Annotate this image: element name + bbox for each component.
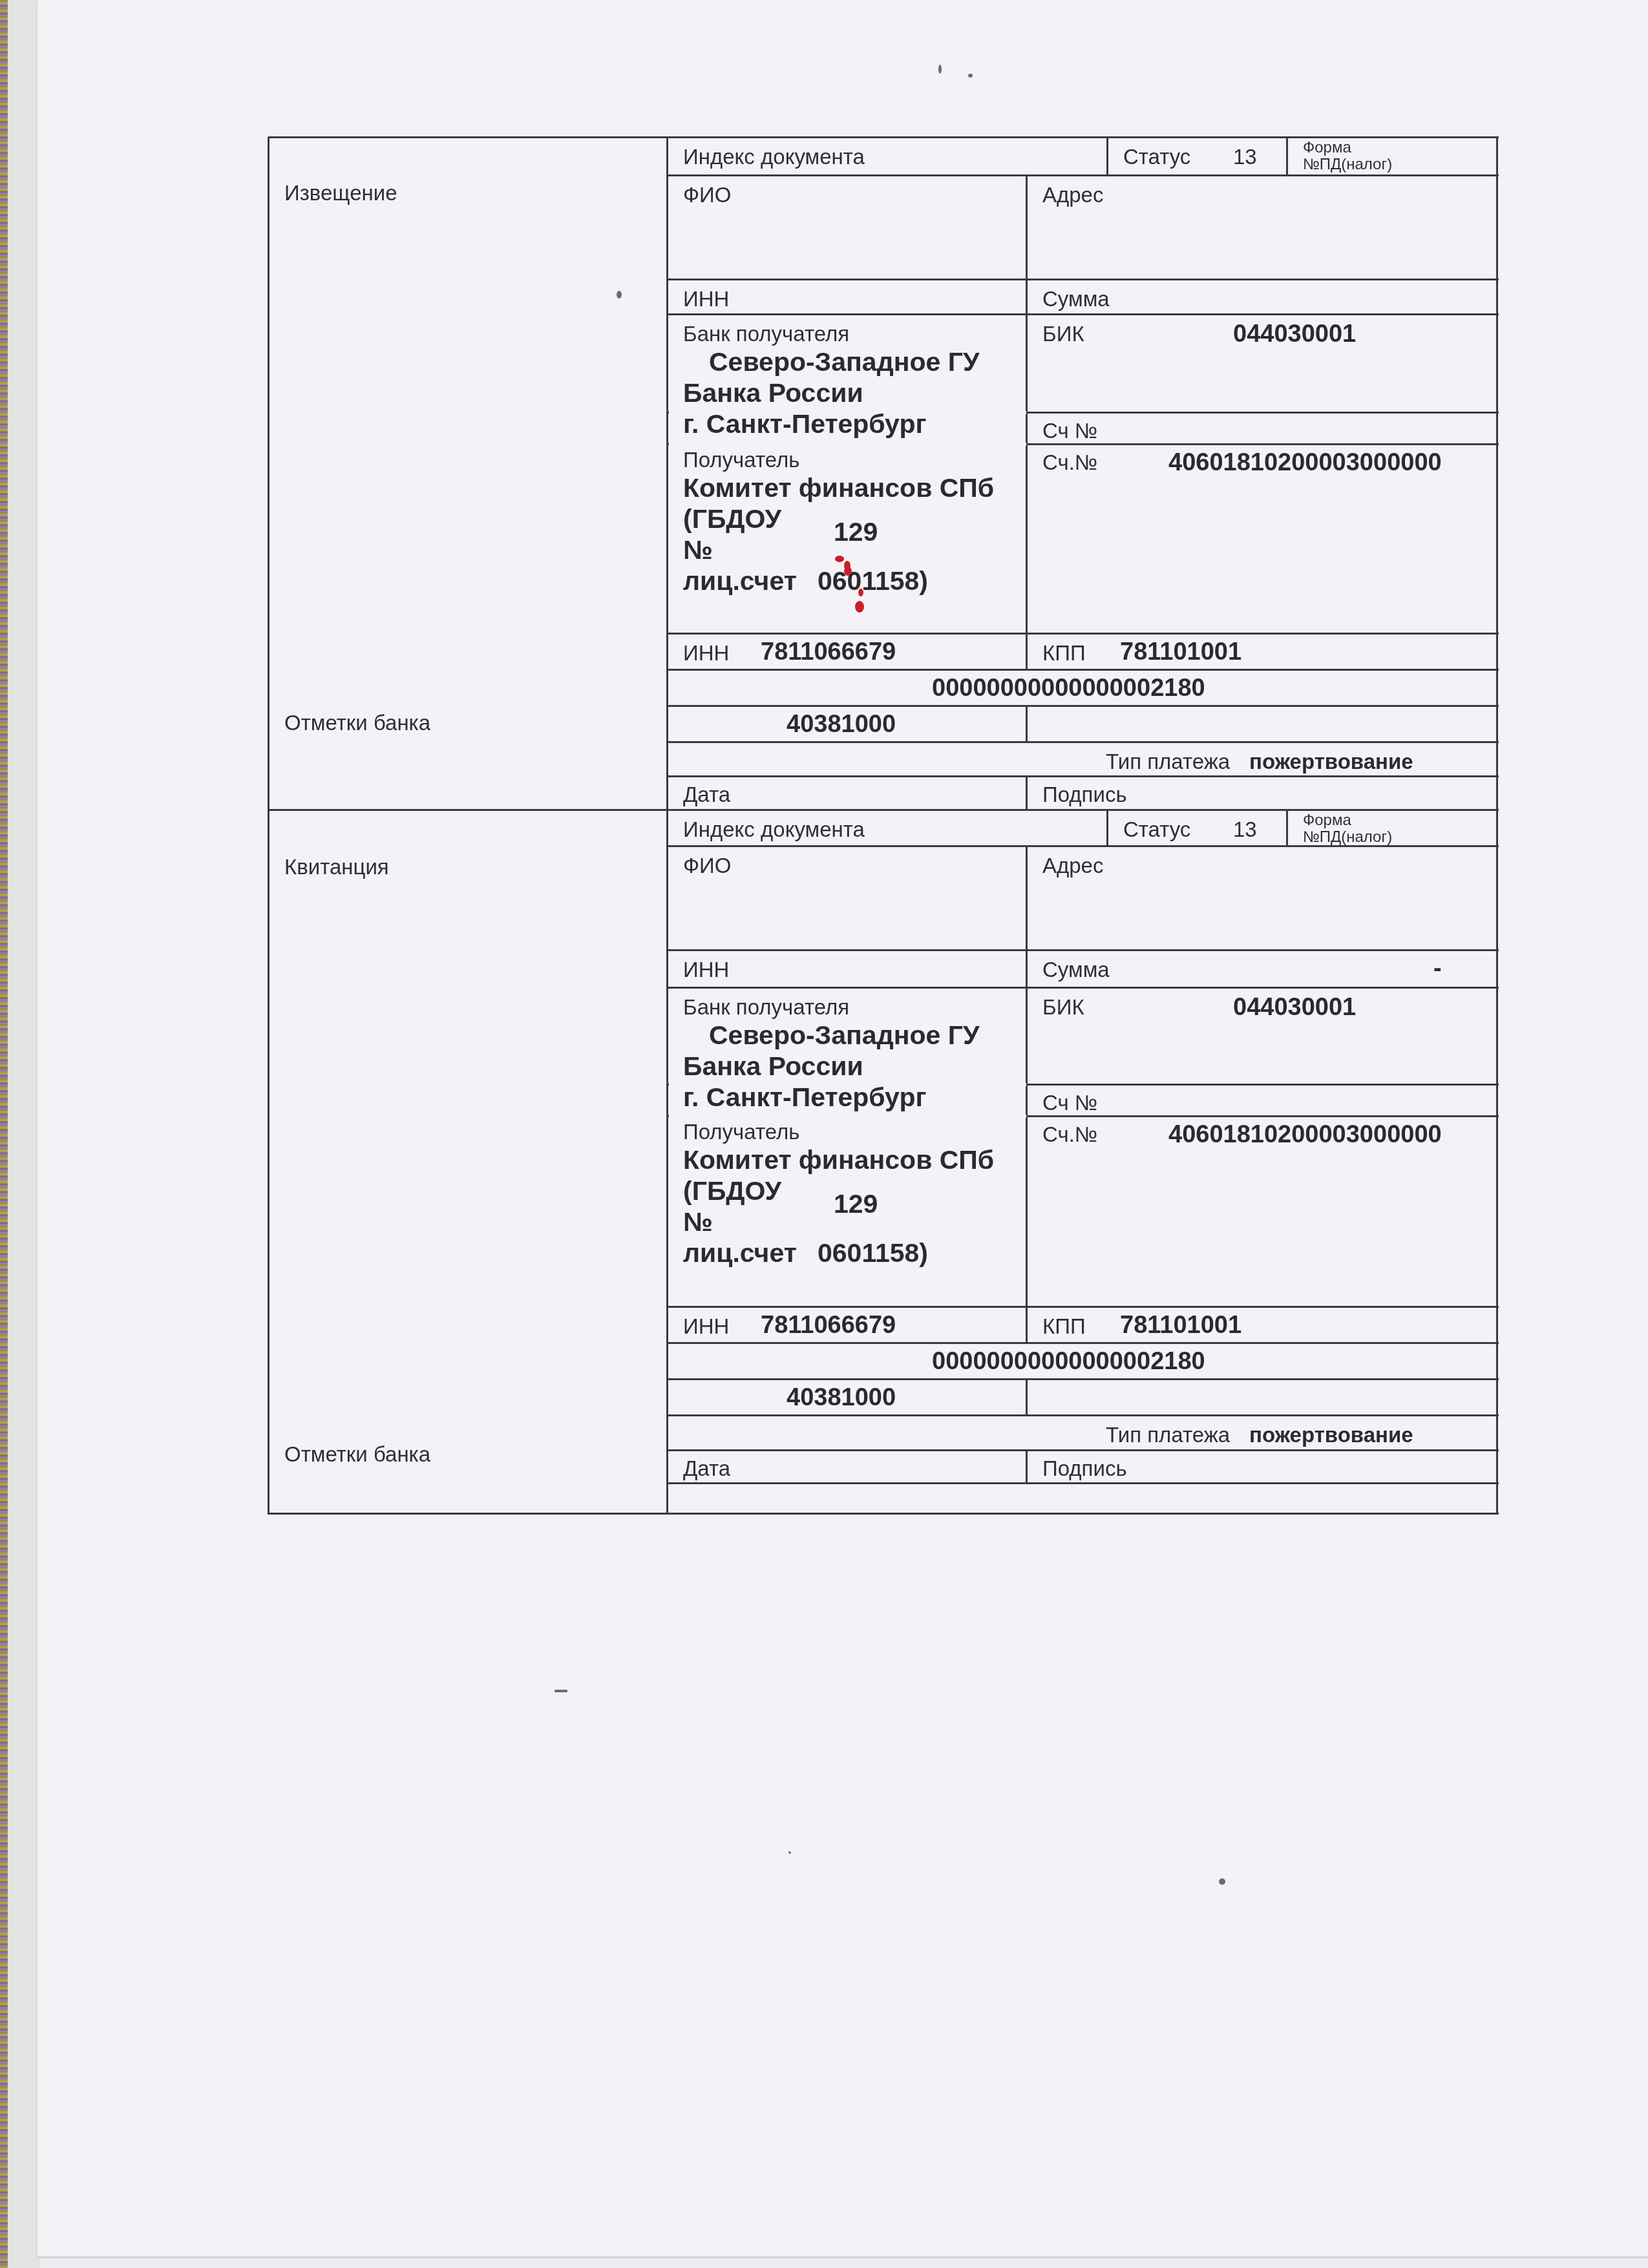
status-label: Статус	[1123, 819, 1190, 840]
speck	[788, 1851, 791, 1854]
grid-line-h	[667, 278, 1499, 280]
okato-value: 40381000	[787, 1385, 896, 1410]
status-value: 13	[1233, 146, 1257, 167]
address-label: Адрес	[1042, 184, 1103, 205]
bank-marks-label: Отметки банка	[284, 1444, 430, 1465]
recipient-line3: №	[683, 534, 713, 565]
form-label-line1: Форма	[1303, 812, 1351, 828]
row-mask	[669, 443, 1026, 446]
sum-value: -	[1433, 956, 1442, 981]
speck	[938, 65, 942, 74]
recipient-label: Получатель	[683, 449, 799, 470]
bank-name-line2: Банка России	[683, 377, 863, 408]
grid-line-v	[1026, 776, 1028, 811]
speck	[555, 1690, 567, 1692]
sum-label: Сумма	[1042, 959, 1110, 980]
sum-label: Сумма	[1042, 288, 1110, 310]
bank-marks-label: Отметки банка	[284, 712, 430, 733]
address-label: Адрес	[1042, 855, 1103, 876]
fio-label: ФИО	[683, 855, 731, 876]
index-label: Индекс документа	[683, 819, 865, 840]
account-label: Сч.№	[1042, 1124, 1097, 1145]
recipient-line3: №	[683, 1206, 713, 1237]
form-label-line2: №ПД(налог)	[1303, 156, 1392, 173]
bank-name-line2: Банка России	[683, 1051, 863, 1082]
grid-line-h	[667, 987, 1499, 989]
grid-line-h	[667, 741, 1499, 743]
date-label: Дата	[683, 784, 730, 805]
row-mask	[669, 1115, 1026, 1118]
grid-line-h	[667, 174, 1499, 176]
payment-type-value: пожертвование	[1249, 1424, 1413, 1445]
okato-value: 40381000	[787, 712, 896, 737]
recipient-number: 129	[834, 516, 878, 547]
grid-line-h	[667, 705, 1499, 707]
red-ink-mark	[858, 589, 863, 596]
kpp-label: КПП	[1042, 1316, 1086, 1337]
recipient-number: 129	[834, 1188, 878, 1219]
payer-inn-label: ИНН	[683, 959, 729, 980]
paper-sheet: ИзвещениеОтметки банкаИндекс документаСт…	[37, 0, 1648, 2256]
inn-value: 7811066679	[761, 1313, 896, 1338]
inn-label: ИНН	[683, 1316, 729, 1337]
grid-line-h	[667, 1482, 1499, 1484]
red-ink-mark	[844, 567, 852, 576]
grid-line-h	[667, 775, 1499, 777]
bank-name-line1: Северо-Западное ГУ	[709, 1020, 979, 1051]
payment-type-value: пожертвование	[1249, 751, 1413, 772]
status-label: Статус	[1123, 146, 1190, 167]
bank-name-line3: г. Санкт-Петербург	[683, 1082, 927, 1113]
grid-line-h	[667, 1378, 1499, 1380]
section-title: Извещение	[284, 182, 397, 204]
recipient-line4: лиц.счет	[683, 565, 797, 596]
status-value: 13	[1233, 819, 1257, 840]
corr-account-label: Сч №	[1042, 1092, 1097, 1113]
form-label-line2: №ПД(налог)	[1303, 829, 1392, 845]
inn-value: 7811066679	[761, 640, 896, 664]
payment-type-label: Тип платежа	[1106, 751, 1230, 772]
grid-line-h	[667, 1414, 1499, 1416]
section-title: Квитанция	[284, 856, 389, 877]
grid-line-h	[268, 809, 1499, 811]
payment-type-label: Тип платежа	[1106, 1424, 1230, 1445]
grid-line-v	[666, 137, 668, 811]
speck	[617, 291, 622, 299]
grid-line-v	[1496, 810, 1498, 1515]
index-label: Индекс документа	[683, 146, 865, 167]
red-ink-mark	[855, 601, 864, 613]
grid-line-v	[1106, 810, 1108, 847]
payer-inn-label: ИНН	[683, 288, 729, 310]
date-label: Дата	[683, 1458, 730, 1479]
fio-label: ФИО	[683, 184, 731, 205]
bank-name-line1: Северо-Западное ГУ	[709, 346, 979, 377]
bik-label: БИК	[1042, 323, 1084, 344]
scanner-edge-shadow	[8, 0, 40, 2268]
account-value: 40601810200003000000	[1168, 450, 1442, 475]
bik-value: 044030001	[1233, 322, 1356, 346]
grid-line-v	[1106, 137, 1108, 176]
bank-label: Банк получателя	[683, 996, 849, 1018]
recipient-line2: (ГБДОУ	[683, 503, 781, 534]
grid-line-h	[667, 1306, 1499, 1308]
recipient-account: 0601158)	[818, 565, 928, 596]
signature-label: Подпись	[1042, 784, 1127, 805]
kpp-value: 781101001	[1120, 1313, 1241, 1338]
grid-line-h	[667, 949, 1499, 951]
recipient-line1: Комитет финансов СПб	[683, 1144, 994, 1175]
bank-name-line3: г. Санкт-Петербург	[683, 408, 927, 439]
bik-value: 044030001	[1233, 995, 1356, 1020]
kpp-label: КПП	[1042, 642, 1086, 664]
grid-line-v	[1026, 1379, 1028, 1416]
grid-line-v	[1286, 137, 1288, 176]
recipient-line1: Комитет финансов СПб	[683, 472, 994, 503]
corr-account-label: Сч №	[1042, 420, 1097, 441]
grid-line-v	[666, 810, 668, 1515]
grid-line-v	[1026, 1450, 1028, 1484]
grid-line-v	[1286, 810, 1288, 847]
kbk-value: 00000000000000002180	[932, 1349, 1205, 1374]
grid-line-h	[667, 313, 1499, 315]
grid-line-h	[667, 669, 1499, 671]
recipient-label: Получатель	[683, 1121, 799, 1142]
grid-line-v	[268, 137, 269, 811]
recipient-line2: (ГБДОУ	[683, 1175, 781, 1206]
signature-label: Подпись	[1042, 1458, 1127, 1479]
grid-line-v	[268, 810, 269, 1515]
bank-label: Банк получателя	[683, 323, 849, 344]
recipient-account: 0601158)	[818, 1237, 928, 1268]
account-label: Сч.№	[1042, 452, 1097, 473]
account-value: 40601810200003000000	[1168, 1122, 1442, 1147]
kbk-value: 00000000000000002180	[932, 676, 1205, 700]
grid-line-v	[1496, 137, 1498, 811]
kpp-value: 781101001	[1120, 640, 1241, 664]
scanner-edge-strip	[0, 0, 8, 2268]
grid-line-h	[667, 633, 1499, 635]
form-label-line1: Форма	[1303, 140, 1351, 156]
grid-line-v	[1026, 846, 1028, 1344]
grid-line-h	[667, 1449, 1499, 1451]
inn-label: ИНН	[683, 642, 729, 664]
grid-line-h	[667, 1342, 1499, 1344]
grid-line-v	[1026, 706, 1028, 743]
recipient-line4: лиц.счет	[683, 1237, 797, 1268]
speck	[968, 74, 973, 78]
grid-line-h	[268, 136, 1499, 138]
grid-line-h	[268, 1513, 1499, 1515]
bik-label: БИК	[1042, 996, 1084, 1018]
grid-line-v	[1026, 175, 1028, 671]
red-ink-mark	[835, 556, 844, 562]
speck	[1219, 1878, 1225, 1885]
